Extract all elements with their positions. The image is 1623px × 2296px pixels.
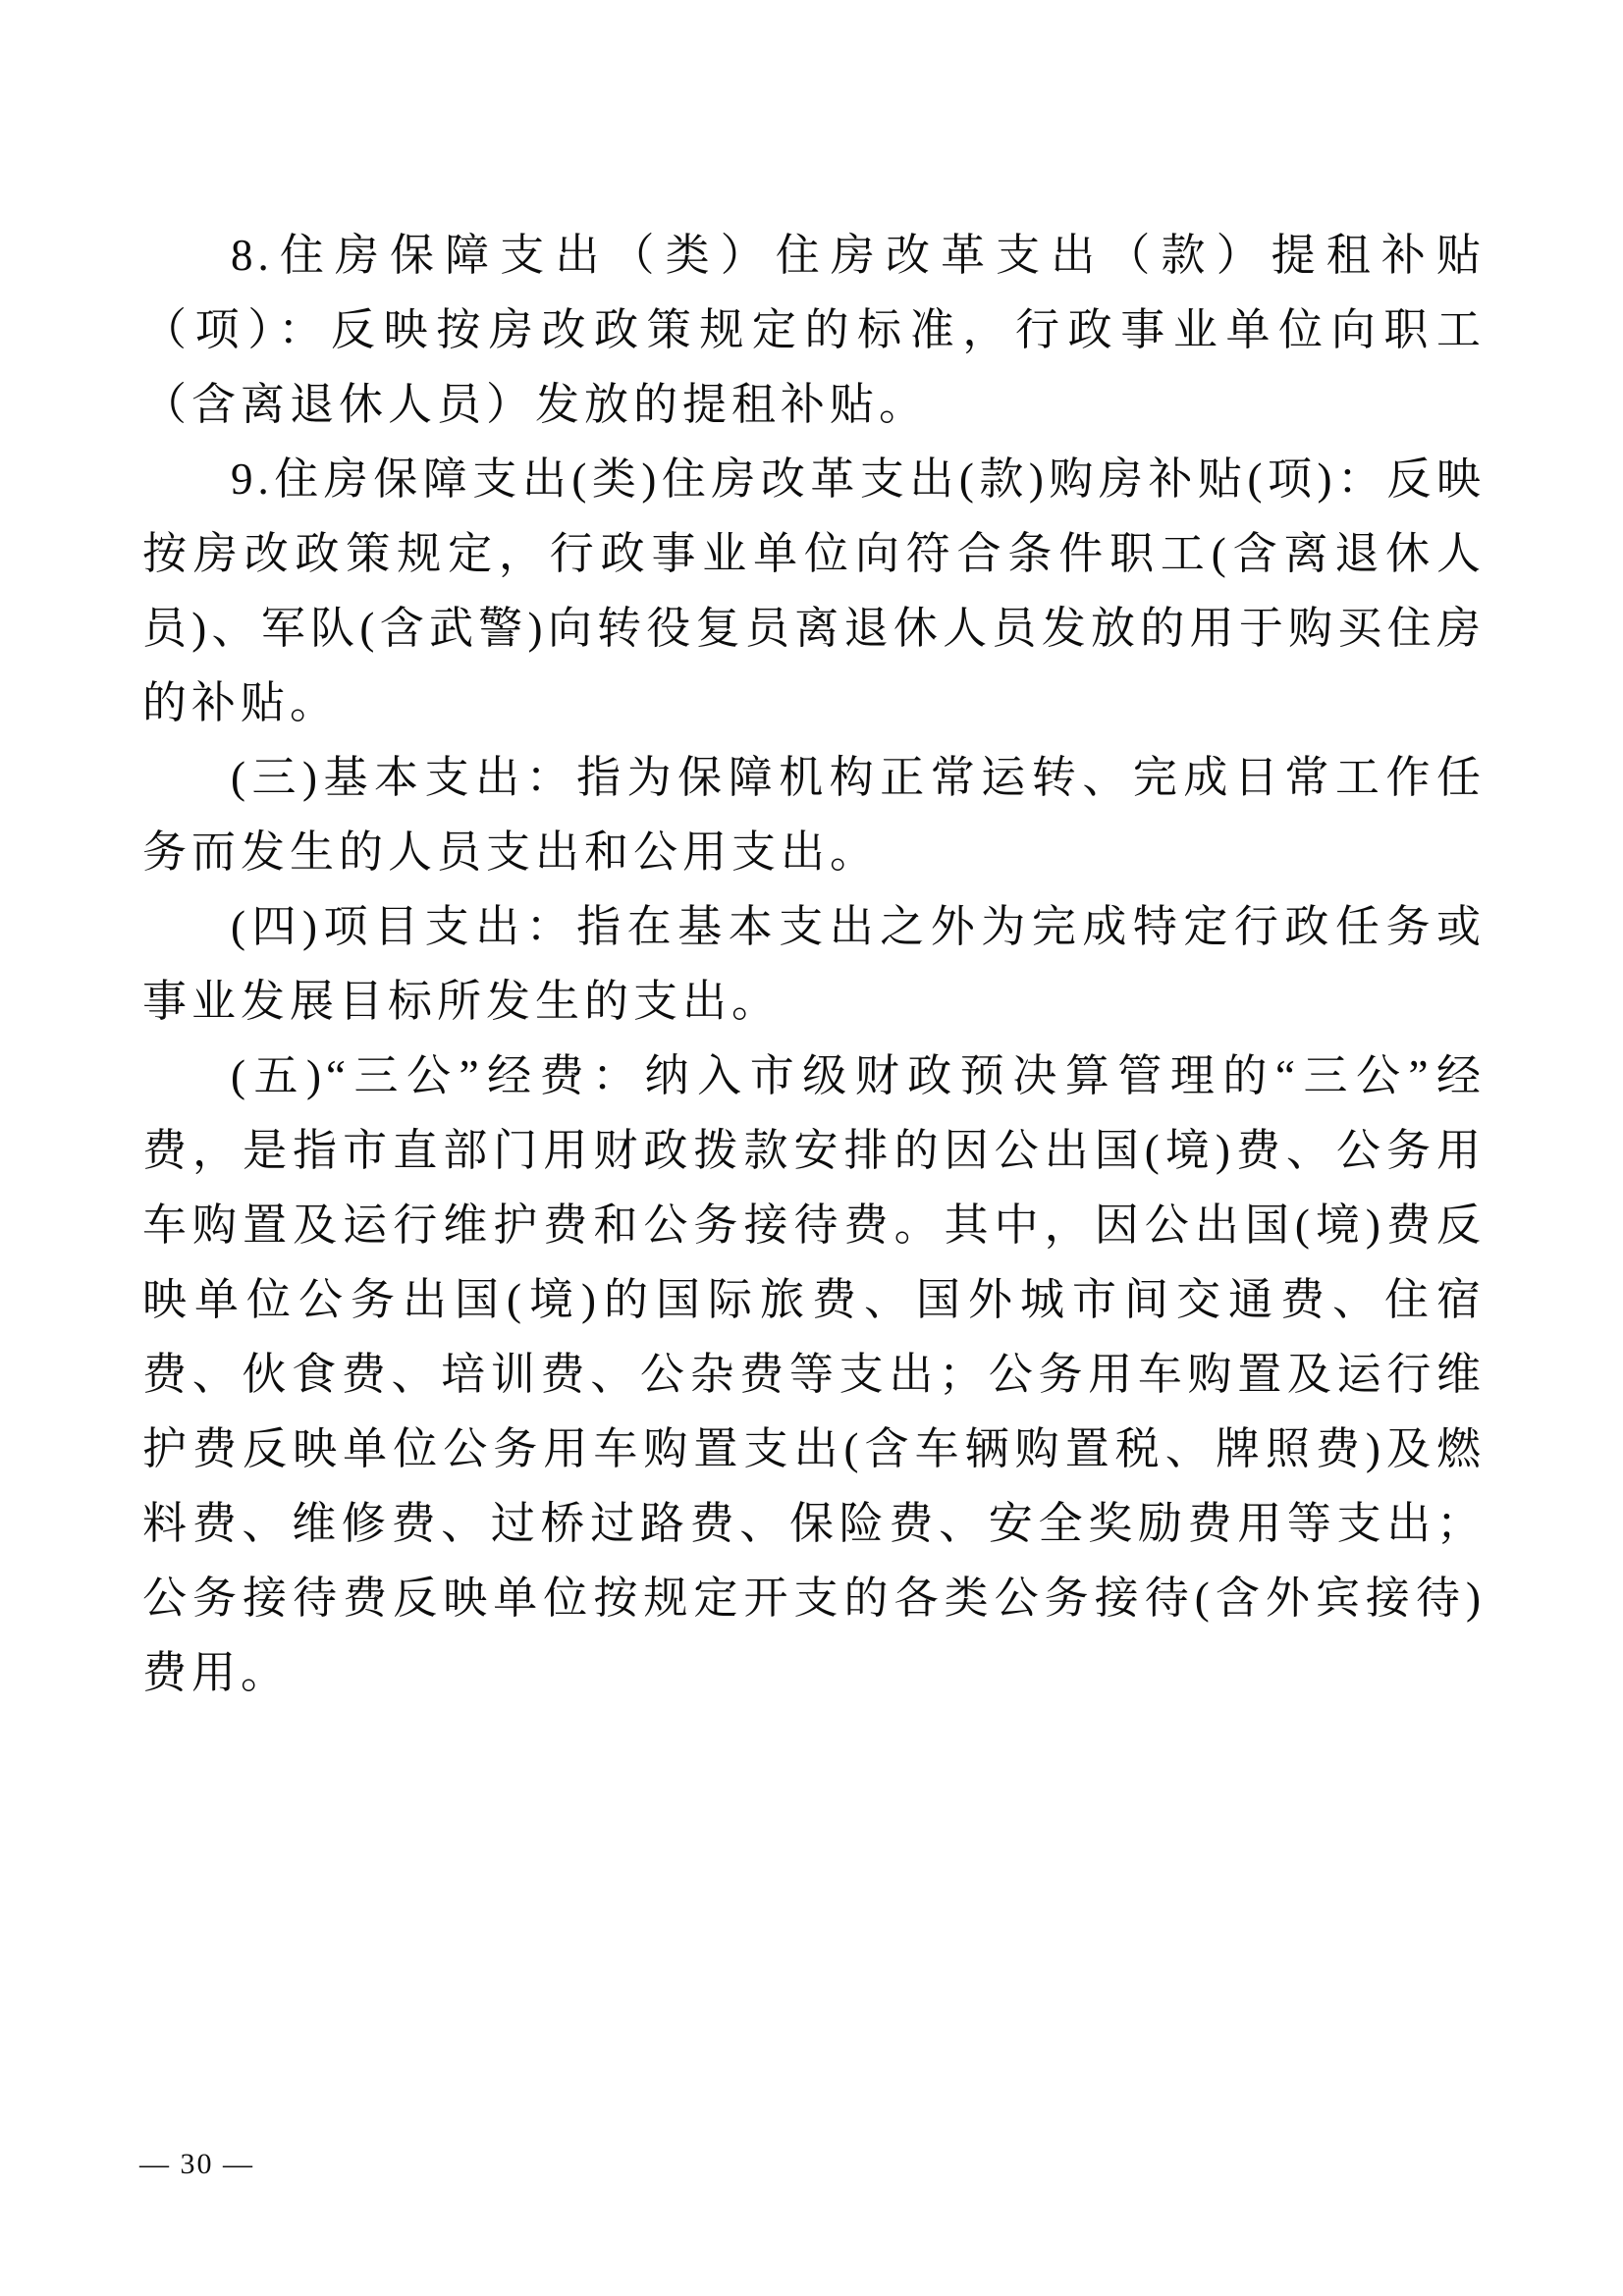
- paragraph-basic-expenditure: (三)基本支出：指为保障机构正常运转、完成日常工作任务而发生的人员支出和公用支出…: [142, 740, 1486, 889]
- document-page: 8.住房保障支出（类）住房改革支出（款）提租补贴（项）：反映按房改政策规定的标准…: [0, 0, 1623, 2296]
- paragraph-three-public-funds: (五)“三公”经费：纳入市级财政预决算管理的“三公”经费，是指市直部门用财政拨款…: [142, 1039, 1486, 1710]
- document-body: 8.住房保障支出（类）住房改革支出（款）提租补贴（项）：反映按房改政策规定的标准…: [142, 218, 1486, 1710]
- paragraph-8-housing-rent-subsidy: 8.住房保障支出（类）住房改革支出（款）提租补贴（项）：反映按房改政策规定的标准…: [142, 218, 1486, 442]
- page-number: — 30 —: [139, 2148, 254, 2181]
- paragraph-project-expenditure: (四)项目支出：指在基本支出之外为完成特定行政任务或事业发展目标所发生的支出。: [142, 889, 1486, 1039]
- paragraph-9-housing-purchase-subsidy: 9.住房保障支出(类)住房改革支出(款)购房补贴(项)：反映按房改政策规定，行政…: [142, 442, 1486, 740]
